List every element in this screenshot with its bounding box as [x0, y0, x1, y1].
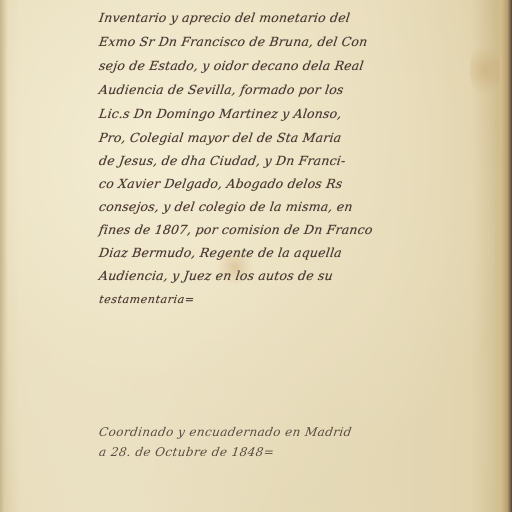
manuscript-line: Exmo Sr Dn Francisco de Bruna, del Con [98, 34, 435, 50]
manuscript-line: co Xavier Delgado, Abogado delos Rs [98, 176, 435, 192]
manuscript-line: sejo de Estado, y oidor decano dela Real [98, 58, 435, 74]
manuscript-line: Inventario y aprecio del monetario del [98, 10, 435, 26]
manuscript-line: Audiencia, y Juez en los autos de su [98, 268, 435, 284]
binding-note-line: a 28. de Octubre de 1848= [98, 444, 440, 460]
manuscript-line: testamentaria= [98, 292, 435, 308]
manuscript-line: Audiencia de Sevilla, formado por los [98, 82, 435, 98]
manuscript-page: Inventario y aprecio del monetario del E… [0, 0, 512, 512]
manuscript-line: Pro, Colegial mayor del de Sta Maria [98, 130, 435, 146]
manuscript-line: Lic.s Dn Domingo Martinez y Alonso, [98, 106, 435, 122]
manuscript-line: fines de 1807, por comision de Dn Franco [98, 222, 435, 238]
binding-note-line: Coordinado y encuadernado en Madrid [98, 424, 440, 440]
manuscript-line: consejos, y del colegio de la misma, en [98, 199, 435, 215]
manuscript-line: de Jesus, de dha Ciudad, y Dn Franci- [98, 153, 435, 169]
manuscript-line: Diaz Bermudo, Regente de la aquella [98, 245, 435, 261]
